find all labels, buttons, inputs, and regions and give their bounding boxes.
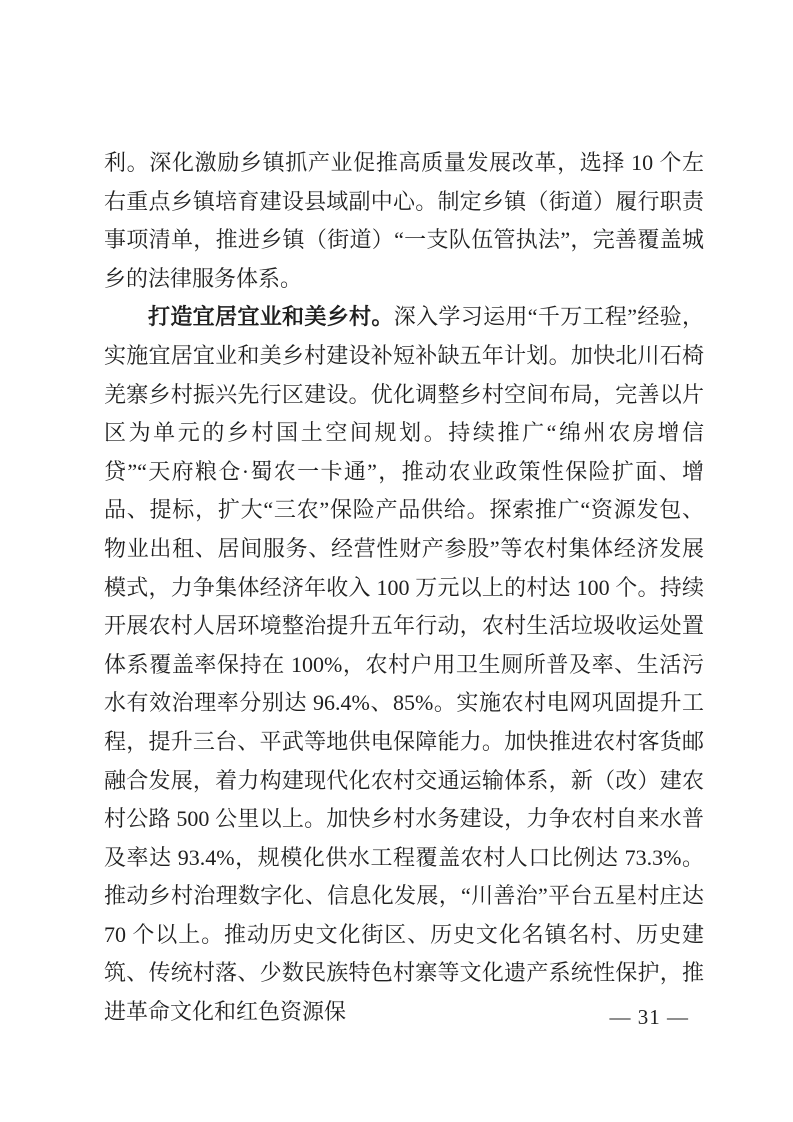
page-number: — 31 — [610, 1003, 690, 1031]
document-page: 利。深化激励乡镇抓产业促推高质量发展改革，选择 10 个左右重点乡镇培育建设县域… [0, 0, 793, 1122]
paragraph-rural-revitalization: 打造宜居宜业和美乡村。深入学习运用“千万工程”经验，实施宜居宜业和美乡村建设补短… [104, 298, 704, 1031]
paragraph-text: 深入学习运用“千万工程”经验，实施宜居宜业和美乡村建设补短补缺五年计划。加快北川… [104, 304, 704, 1024]
paragraph-lead: 打造宜居宜业和美乡村。 [148, 304, 394, 329]
paragraph-text: 利。深化激励乡镇抓产业促推高质量发展改革，选择 10 个左右重点乡镇培育建设县域… [104, 150, 704, 291]
body-text: 利。深化激励乡镇抓产业促推高质量发展改革，选择 10 个左右重点乡镇培育建设县域… [104, 144, 704, 1032]
paragraph-continuation: 利。深化激励乡镇抓产业促推高质量发展改革，选择 10 个左右重点乡镇培育建设县域… [104, 144, 704, 298]
